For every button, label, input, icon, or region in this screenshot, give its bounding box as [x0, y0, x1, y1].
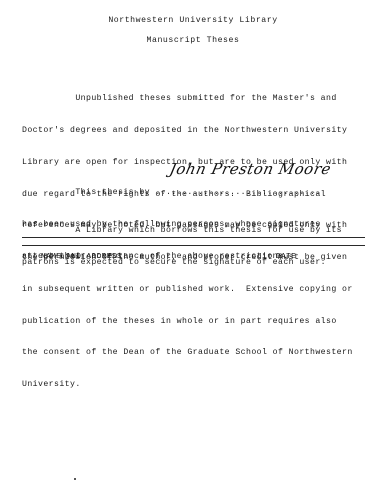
column-header-date: DATE	[276, 253, 296, 261]
borrowing-line: A Library which borrows this thesis for …	[22, 226, 372, 237]
author-signature: John Preston Moore	[168, 160, 333, 178]
manuscript-theses-page: Northwestern University Library Manuscri…	[0, 0, 386, 500]
stray-mark	[74, 478, 76, 480]
institution-title: Northwestern University Library	[0, 16, 386, 25]
notice-line: Unpublished theses submitted for the Mas…	[22, 94, 372, 105]
notice-line: University.	[22, 380, 372, 391]
notice-line: Doctor's degrees and deposited in the No…	[22, 126, 372, 137]
column-header-name-address: NAME AND ADDRESS	[41, 253, 122, 261]
borrowing-statement: A Library which borrows this thesis for …	[22, 205, 372, 290]
notice-line: publication of the theses in whole or in…	[22, 317, 372, 328]
divider-rule	[22, 237, 365, 238]
usage-line: This thesis by .........................…	[22, 188, 372, 199]
divider-rule	[22, 245, 365, 246]
notice-line: the consent of the Dean of the Graduate …	[22, 348, 372, 359]
document-subtitle: Manuscript Theses	[0, 36, 386, 45]
